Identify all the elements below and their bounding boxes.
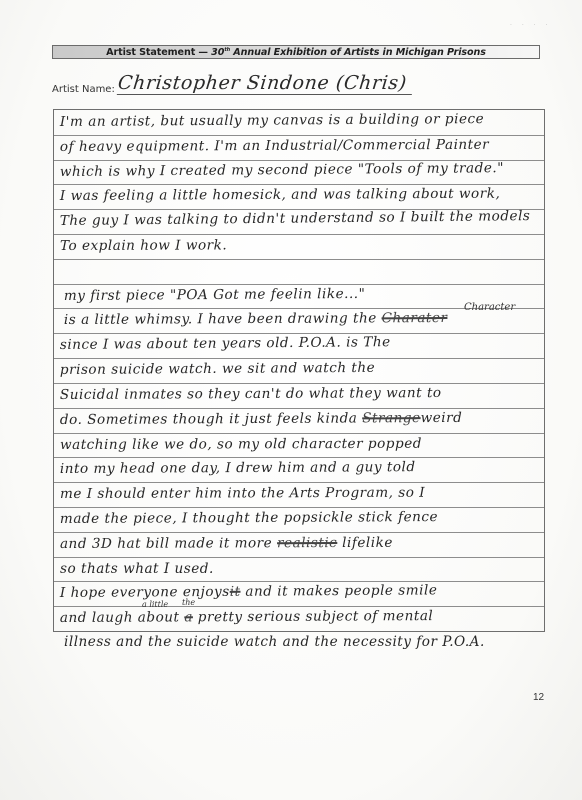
line-text: so thats what I used.	[60, 561, 214, 577]
struck-out-word: Charater	[382, 310, 448, 326]
line-text: do. Sometimes though it just feels kinda	[60, 410, 362, 428]
page-title: Artist Statement — 30th Annual Exhibitio…	[106, 47, 486, 58]
line-text: I was feeling a little homesick, and was…	[60, 186, 500, 204]
statement-line: of heavy equipment. I'm an Industrial/Co…	[60, 137, 489, 164]
statement-writing-box: I'm an artist, but usually my canvas is …	[53, 109, 545, 632]
struck-out-word: it	[230, 584, 241, 600]
line-text-after: weird	[421, 410, 463, 426]
line-text: prison suicide watch. we sit and watch t…	[60, 360, 375, 378]
line-text: my first piece "POA Got me feelin like..…	[64, 286, 366, 304]
handwritten-insertion: a little	[142, 600, 168, 609]
scanned-page: · · · · Artist Statement — 30th Annual E…	[0, 0, 582, 800]
statement-line: so thats what I used.	[60, 561, 214, 586]
statement-line: and 3D hat bill made it more realistic l…	[60, 535, 393, 561]
statement-line: The guy I was talking to didn't understa…	[60, 208, 531, 238]
statement-line: and laugh about a pretty serious subject…	[60, 608, 433, 635]
line-text: I'm an artist, but usually my canvas is …	[60, 111, 484, 130]
statement-overflow-line: illness and the suicide watch and the ne…	[64, 634, 485, 659]
title-edition: 30th Annual Exhibition of Artists in Mic…	[211, 47, 486, 58]
artist-name-field: Artist Name: Christopher Sindone (Chris)	[52, 74, 372, 100]
statement-line: do. Sometimes though it just feels kinda…	[60, 410, 463, 437]
statement-line: To explain how I work.	[60, 237, 227, 263]
statement-line: me I should enter him into the Arts Prog…	[60, 485, 425, 511]
scan-specks: · · · ·	[510, 22, 551, 29]
title-rest: Annual Exhibition of Artists in Michigan…	[230, 47, 486, 58]
line-text: made the piece, I thought the popsickle …	[60, 509, 438, 527]
statement-line: I'm an artist, but usually my canvas is …	[60, 111, 484, 139]
line-text: and laugh about	[60, 610, 184, 627]
artist-name-label: Artist Name:	[52, 84, 115, 95]
line-text-after: lifelike	[337, 535, 393, 551]
struck-out-word: a	[184, 609, 193, 625]
header-banner: Artist Statement — 30th Annual Exhibitio…	[52, 45, 540, 59]
statement-line: watching like we do, so my old character…	[60, 435, 422, 461]
struck-out-word: realistic	[277, 535, 337, 551]
statement-line: made the piece, I thought the popsickle …	[60, 509, 438, 536]
statement-line: prison suicide watch. we sit and watch t…	[60, 360, 375, 387]
line-text: Suicidal inmates so they can't do what t…	[60, 385, 442, 403]
line-text: The guy I was talking to didn't understa…	[60, 208, 531, 229]
statement-line: my first piece "POA Got me feelin like..…	[64, 286, 366, 313]
handwritten-insertion: Character	[464, 302, 515, 313]
line-text: since I was about ten years old. P.O.A. …	[60, 334, 391, 353]
line-text: To explain how I work.	[60, 237, 227, 254]
line-text-after: and it makes people smile	[240, 583, 437, 600]
statement-line: since I was about ten years old. P.O.A. …	[60, 334, 391, 362]
handwritten-insertion: the	[182, 598, 195, 607]
statement-line: into my head one day, I drew him and a g…	[60, 459, 416, 486]
line-text: watching like we do, so my old character…	[60, 435, 422, 452]
line-text: and 3D hat bill made it more	[60, 535, 277, 552]
statement-line: I hope everyone enjoysit and it makes pe…	[60, 583, 438, 611]
line-text: is a little whimsy. I have been drawing …	[64, 311, 382, 329]
line-text: of heavy equipment. I'm an Industrial/Co…	[60, 137, 489, 155]
line-text: me I should enter him into the Arts Prog…	[60, 485, 425, 502]
line-text: which is why I created my second piece "…	[60, 160, 504, 180]
line-text: into my head one day, I drew him and a g…	[60, 459, 416, 477]
statement-line: Suicidal inmates so they can't do what t…	[60, 385, 442, 412]
page-number: 12	[533, 692, 544, 703]
statement-line: which is why I created my second piece "…	[60, 160, 504, 189]
title-prefix: Artist Statement —	[106, 47, 211, 58]
line-text-after: pretty serious subject of mental	[193, 608, 433, 625]
artist-name-value: Christopher Sindone (Chris)	[117, 72, 414, 95]
line-text: I hope everyone enjoys	[60, 584, 230, 601]
title-ordinal: 30	[211, 47, 224, 58]
struck-out-word: Strange	[362, 410, 420, 426]
ruled-line	[54, 284, 544, 285]
